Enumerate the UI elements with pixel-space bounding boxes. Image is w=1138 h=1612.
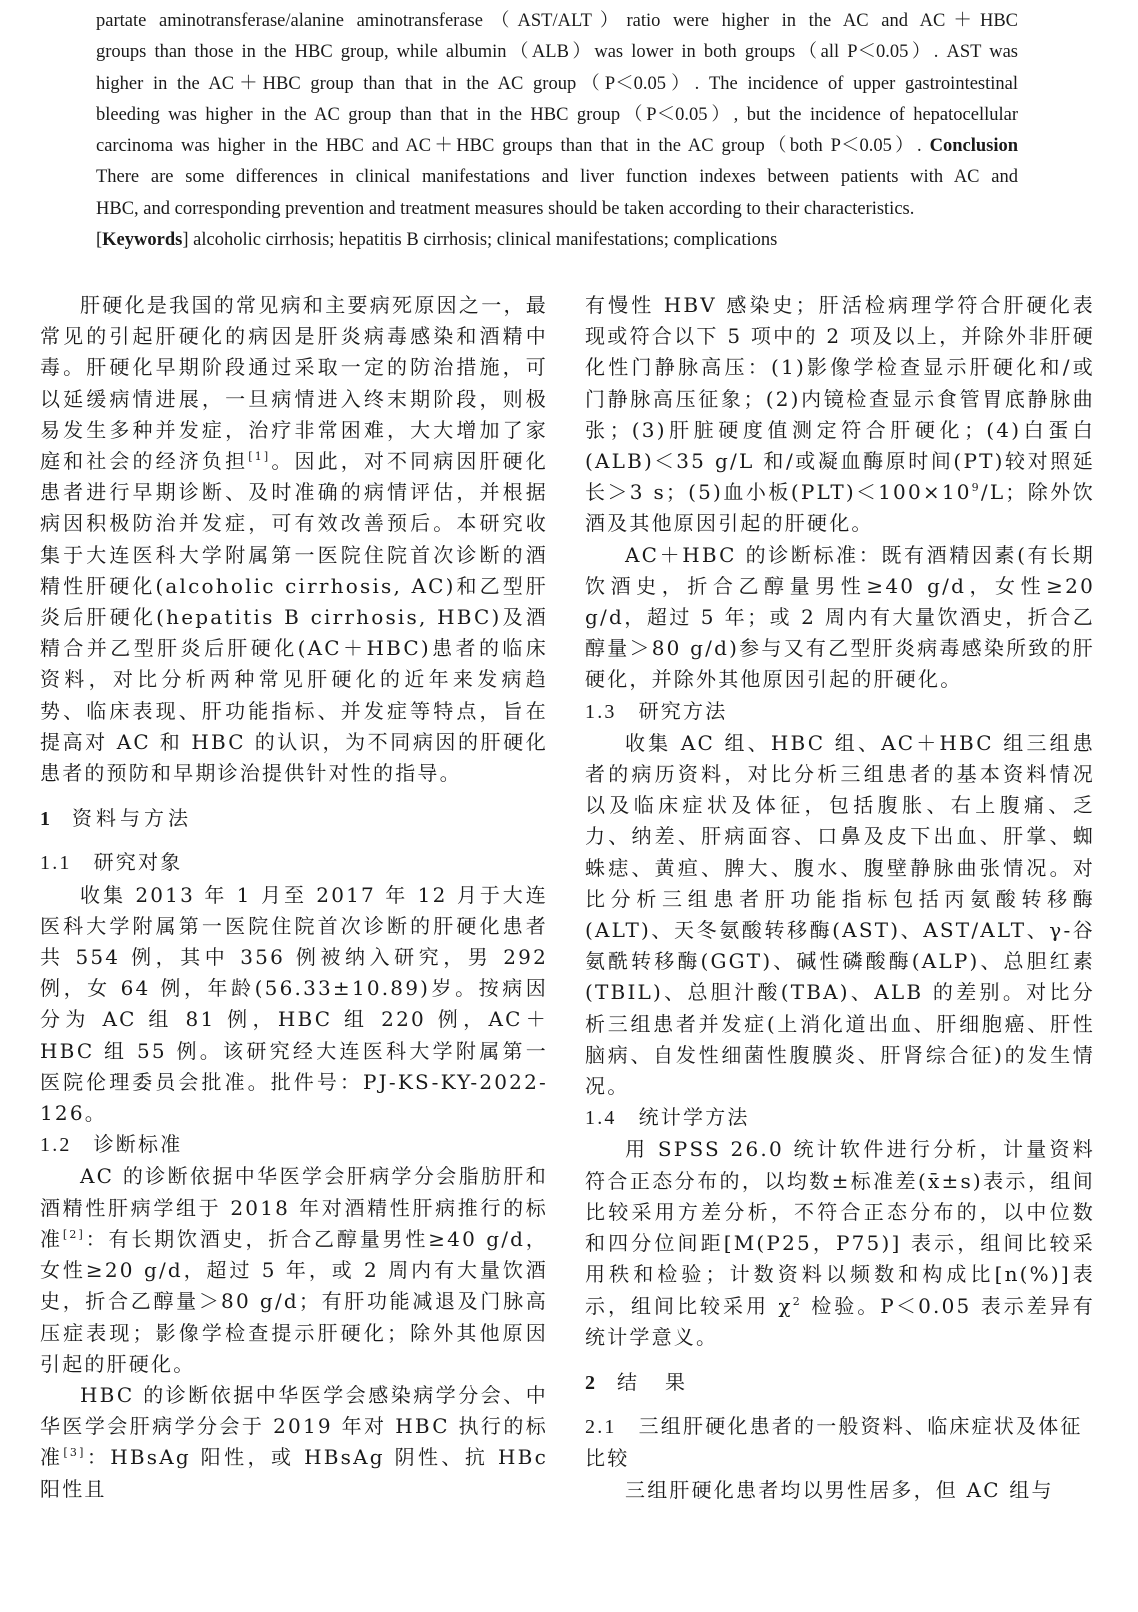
citation-2: [2] — [63, 1228, 85, 1241]
ac-criteria-paragraph: AC 的诊断依据中华医学会肝病学分会脂肪肝和酒精性肝病学组于 2018 年对酒精… — [40, 1161, 548, 1379]
hbc-criteria-text-cont: ：HBsAg 阳性，或 HBsAg 阴性、抗 HBc 阳性且 — [40, 1445, 548, 1500]
hbc-criteria-paragraph: HBC 的诊断依据中华医学会感染病学分会、中华医学会肝病学分会于 2019 年对… — [40, 1380, 548, 1505]
subsection-heading-1-1: 1.1研究对象 — [40, 847, 548, 879]
subsection-number: 1.4 — [585, 1107, 617, 1129]
abstract-line-text: carcinoma was higher in the HBC and AC＋H… — [96, 136, 922, 156]
abstract-line: groups than those in the HBC group, whil… — [96, 37, 1018, 68]
chi-square-exponent: 2 — [793, 1295, 802, 1308]
left-column: 肝硬化是我国的常见病和主要病死原因之一，最常见的引起肝硬化的病因是肝炎病毒感染和… — [40, 290, 548, 1505]
subsection-number: 1.2 — [40, 1134, 72, 1156]
statistics-paragraph: 用 SPSS 26.0 统计软件进行分析，计量资料符合正态分布的，以均数±标准差… — [585, 1134, 1095, 1352]
keywords-line: [Keywords] alcoholic cirrhosis; hepatiti… — [96, 225, 1018, 256]
section-heading-2: 2结 果 — [585, 1367, 1095, 1399]
subsection-title: 三组肝硬化患者的一般资料、临床症状及体征比较 — [585, 1414, 1083, 1470]
subsection-title: 研究对象 — [94, 850, 183, 874]
subsection-heading-1-4: 1.4统计学方法 — [585, 1102, 1095, 1134]
section-number: 1 — [40, 808, 54, 830]
subsection-number: 2.1 — [585, 1416, 617, 1438]
keywords-label: Keywords — [102, 230, 182, 250]
abstract-line: There are some differences in clinical m… — [96, 162, 1018, 193]
citation-1: [1] — [248, 450, 270, 463]
subsection-title: 诊断标准 — [94, 1132, 183, 1156]
ac-criteria-text-cont: ：有长期饮酒史，折合乙醇量男性≥40 g/d，女性≥20 g/d，超过 5 年，… — [40, 1227, 548, 1376]
intro-paragraph: 肝硬化是我国的常见病和主要病死原因之一，最常见的引起肝硬化的病因是肝炎病毒感染和… — [40, 290, 548, 789]
intro-text-cont: 。因此，对不同病因肝硬化患者进行早期诊断、及时准确的病情评估，并根据病因积极防治… — [40, 449, 548, 785]
keywords-text: alcoholic cirrhosis; hepatitis B cirrhos… — [193, 230, 777, 250]
citation-3: [3] — [63, 1446, 85, 1459]
subsection-title: 研究方法 — [639, 699, 728, 723]
intro-text: 肝硬化是我国的常见病和主要病死原因之一，最常见的引起肝硬化的病因是肝炎病毒感染和… — [40, 293, 548, 473]
results-paragraph: 三组肝硬化患者均以男性居多，但 AC 组与 — [585, 1475, 1095, 1506]
abstract-line: HBC, and corresponding prevention and tr… — [96, 194, 1018, 225]
abstract-block: partate aminotransferase/alanine aminotr… — [96, 6, 1018, 256]
subsection-heading-1-3: 1.3研究方法 — [585, 696, 1095, 728]
subsection-title: 统计学方法 — [639, 1105, 750, 1129]
methods-paragraph: 收集 AC 组、HBC 组、AC＋HBC 组三组患者的病历资料，对比分析三组患者… — [585, 728, 1095, 1102]
hbc-criteria-continued: 有慢性 HBV 感染史；肝活检病理学符合肝硬化表现或符合以下 5 项中的 2 项… — [585, 290, 1095, 540]
abstract-line: higher in the AC＋HBC group than that in … — [96, 69, 1018, 100]
abstract-line: bleeding was higher in the AC group than… — [96, 100, 1018, 131]
subsection-number: 1.1 — [40, 852, 72, 874]
abstract-line: carcinoma was higher in the HBC and AC＋H… — [96, 131, 1018, 162]
hbc-criteria-cont-text: 有慢性 HBV 感染史；肝活检病理学符合肝硬化表现或符合以下 5 项中的 2 项… — [585, 293, 1095, 504]
right-column: 有慢性 HBV 感染史；肝活检病理学符合肝硬化表现或符合以下 5 项中的 2 项… — [585, 290, 1095, 1506]
statistics-text: 用 SPSS 26.0 统计软件进行分析，计量资料符合正态分布的，以均数±标准差… — [585, 1137, 1095, 1317]
section-title: 资料与方法 — [72, 806, 192, 830]
exponent: 9 — [972, 481, 981, 494]
subsection-heading-2-1: 2.1三组肝硬化患者的一般资料、临床症状及体征比较 — [585, 1411, 1095, 1474]
section-heading-1: 1资料与方法 — [40, 803, 548, 835]
section-number: 2 — [585, 1372, 599, 1394]
conclusion-label: Conclusion — [930, 136, 1018, 156]
subsection-number: 1.3 — [585, 701, 617, 723]
achbc-criteria-paragraph: AC＋HBC 的诊断标准：既有酒精因素(有长期饮酒史，折合乙醇量男性≥40 g/… — [585, 540, 1095, 696]
section-title: 结 果 — [617, 1370, 689, 1394]
subsection-heading-1-2: 1.2诊断标准 — [40, 1129, 548, 1161]
study-subjects-paragraph: 收集 2013 年 1 月至 2017 年 12 月于大连医科大学附属第一医院住… — [40, 880, 548, 1130]
abstract-line: partate aminotransferase/alanine aminotr… — [96, 6, 1018, 37]
